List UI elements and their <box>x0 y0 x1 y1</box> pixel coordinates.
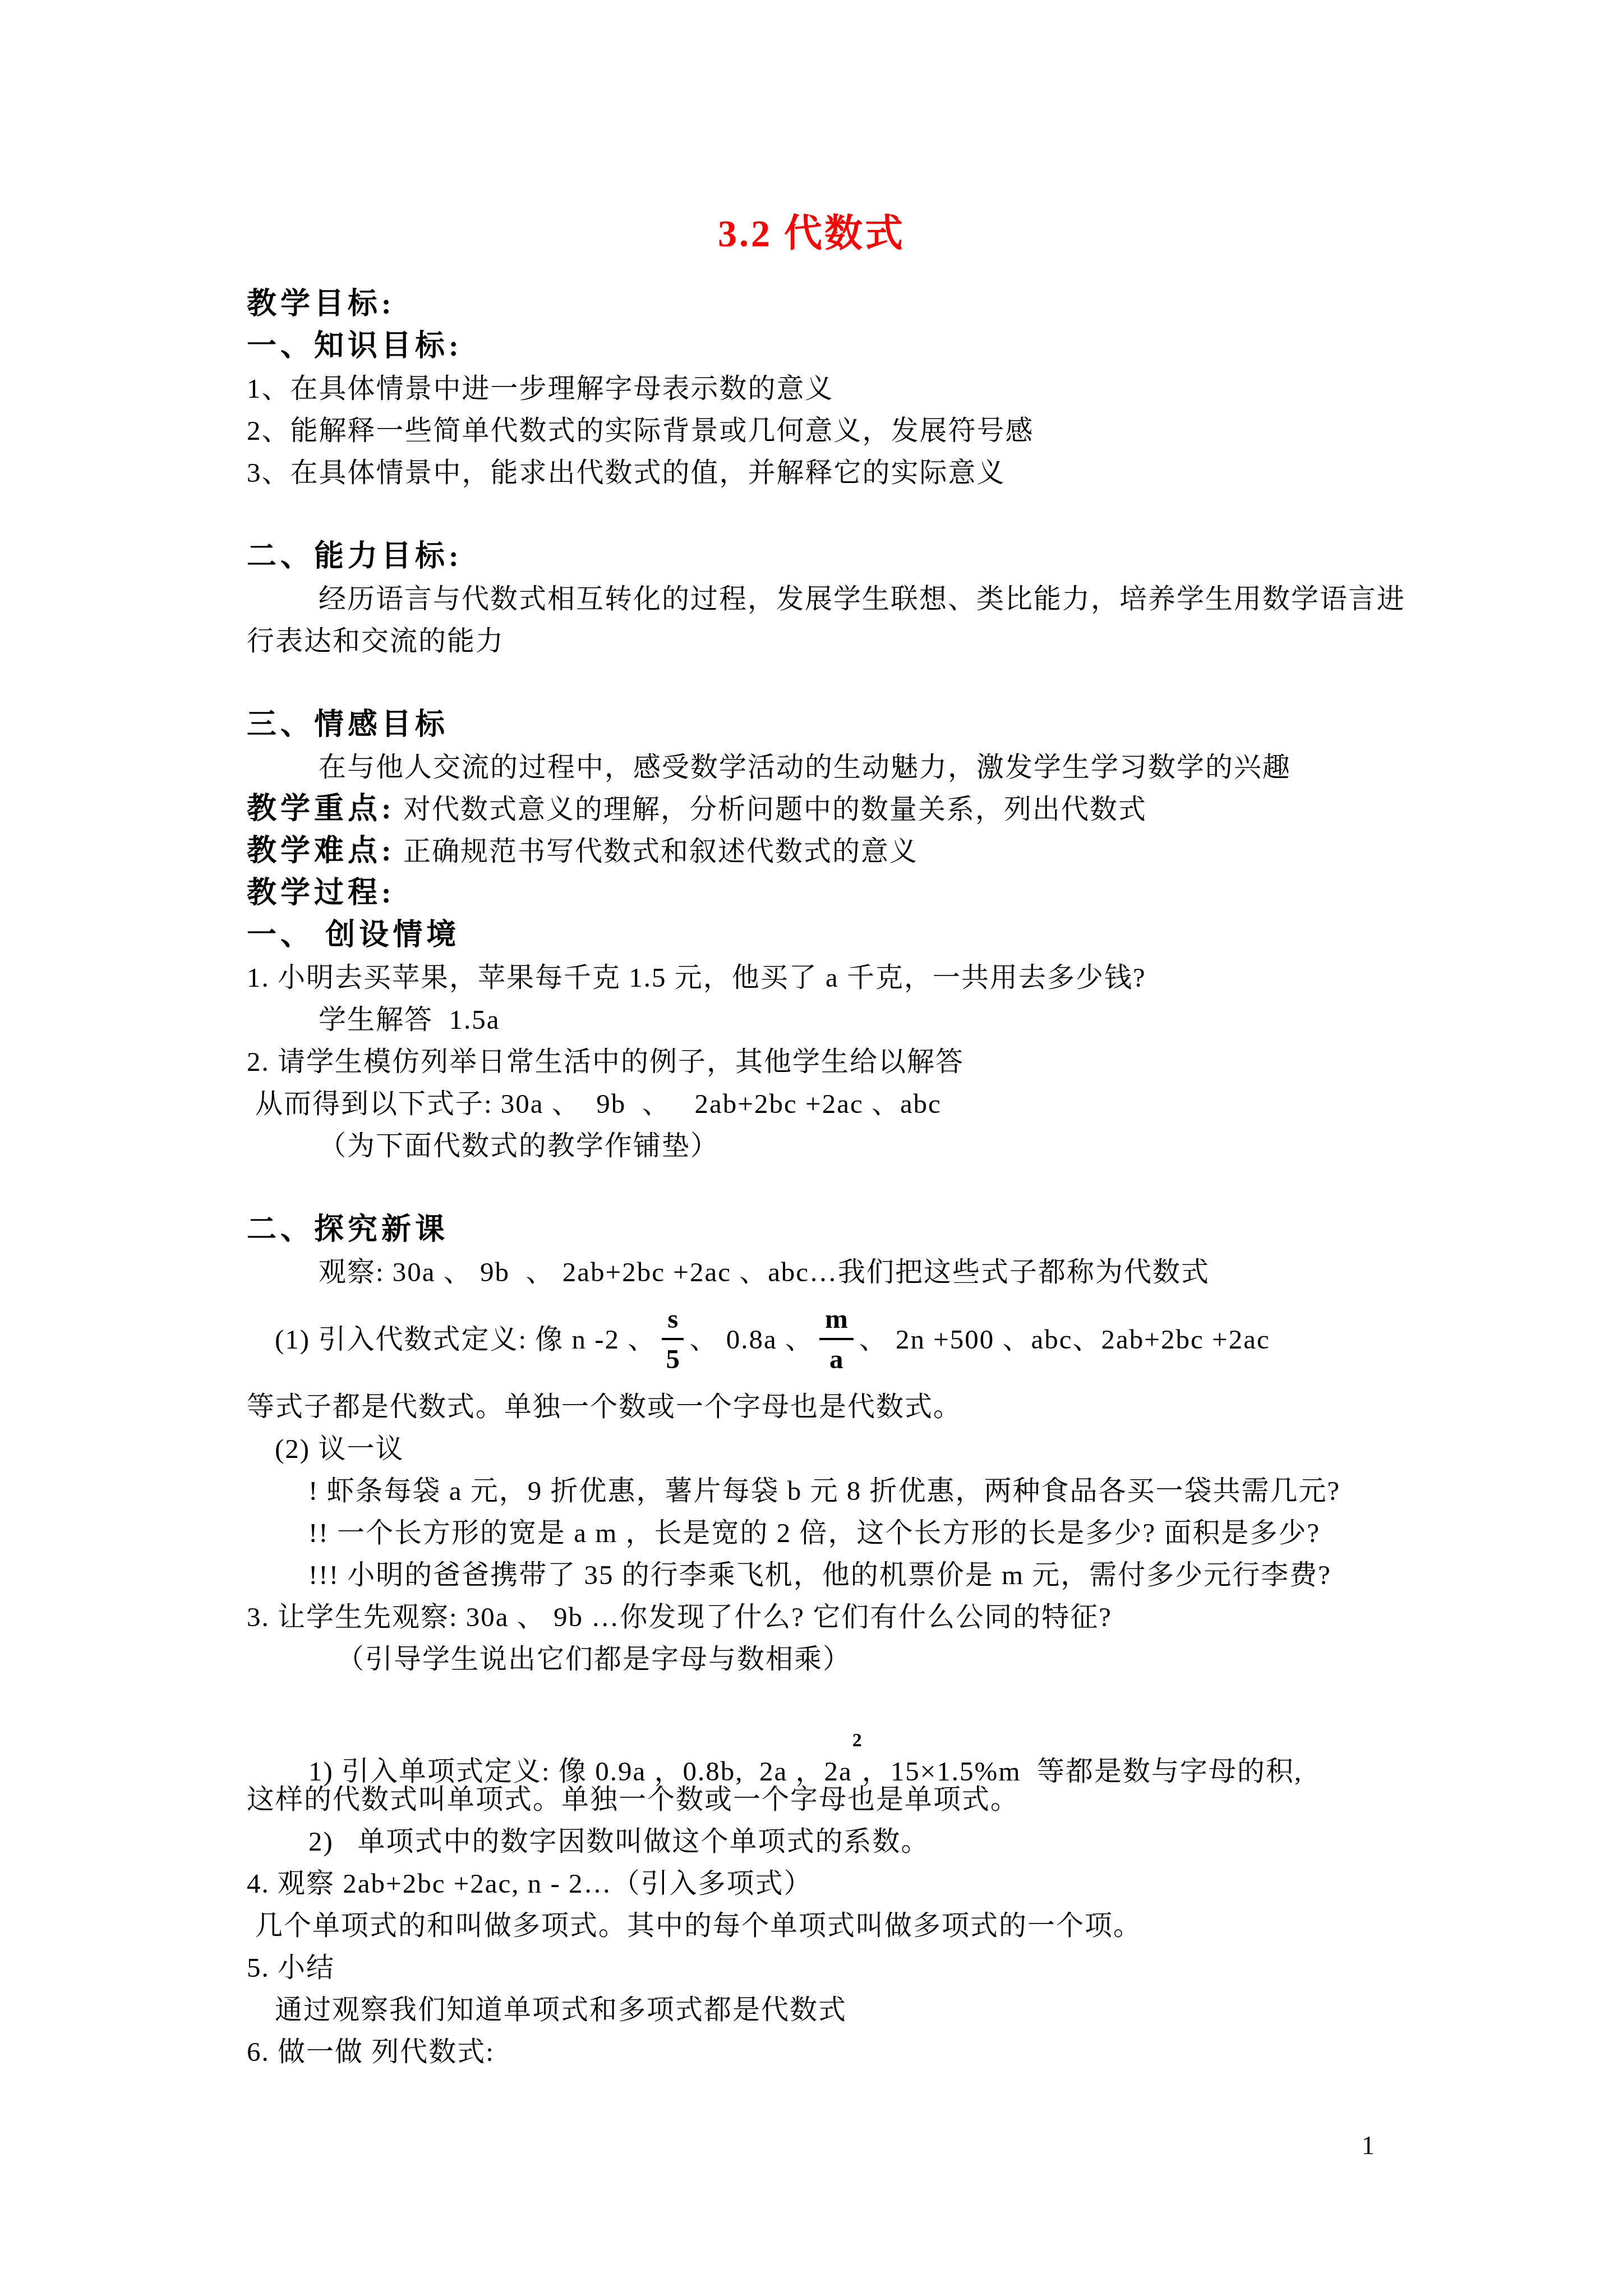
text-run: 4. 观察 2ab+2bc +2ac, n - 2…（引入多项式） <box>247 1868 813 1899</box>
text-run: 2) 单项式中的数字因数叫做这个单项式的系数。 <box>308 1826 930 1857</box>
page-number: 1 <box>1362 2131 1375 2160</box>
fraction-numerator: s <box>662 1304 684 1340</box>
text-run: 、 0.8a 、 <box>689 1324 814 1355</box>
text-run: 1、在具体情景中进一步理解字母表示数的意义 <box>247 373 834 404</box>
document-page: 3.2 代数式 教学目标:一、知识目标:1、在具体情景中进一步理解字母表示数的意… <box>0 0 1623 2296</box>
text-line: !! 一个长方形的宽是 a m ，长是宽的 2 倍，这个长方形的长是多少? 面积… <box>247 1512 1396 1554</box>
text-run: 对代数式意义的理解，分析问题中的数量关系，列出代数式 <box>395 794 1147 825</box>
text-line: ! 虾条每袋 a 元，9 折优惠，薯片每袋 b 元 8 折优惠，两种食品各买一袋… <box>247 1470 1396 1512</box>
text-run: 3、在具体情景中，能求出代数式的值，并解释它的实际意义 <box>247 457 1006 488</box>
fraction: s5 <box>662 1304 684 1373</box>
text-line: 3、在具体情景中，能求出代数式的值，并解释它的实际意义 <box>247 452 1396 494</box>
text-line: 5. 小结 <box>247 1947 1396 1989</box>
teaching-process-heading: 教学过程: <box>247 872 1396 914</box>
bold-text-run: 教学过程: <box>247 877 395 909</box>
text-run: 等式子都是代数式。单独一个数或一个字母也是代数式。 <box>247 1391 962 1422</box>
text-run: 几个单项式的和叫做多项式。其中的每个单项式叫做多项式的一个项。 <box>255 1910 1142 1941</box>
spacer <box>247 1680 1396 1703</box>
text-line: 从而得到以下式子: 30a 、 9b 、 2ab+2bc +2ac 、abc <box>247 1083 1396 1125</box>
bold-text-run: 教学难点: <box>247 835 395 867</box>
text-line: 通过观察我们知道单项式和多项式都是代数式 <box>247 1989 1396 2031</box>
text-run: ! 虾条每袋 a 元，9 折优惠，薯片每袋 b 元 8 折优惠，两种食品各买一袋… <box>308 1475 1340 1506</box>
text-line: (2) 议一议 <box>247 1428 1396 1470</box>
text-line: 经历语言与代数式相互转化的过程，发展学生联想、类比能力，培养学生用数学语言进 <box>247 578 1396 620</box>
text-run: 、 2n +500 、abc、2ab+2bc +2ac <box>859 1324 1270 1355</box>
text-run: 观察: 30a 、 9b 、 2ab+2bc +2ac 、abc…我们把这些式子… <box>319 1257 1210 1287</box>
text-run: 通过观察我们知道单项式和多项式都是代数式 <box>275 1994 847 2025</box>
text-run: 5. 小结 <box>247 1952 335 1983</box>
text-run: 1. 小明去买苹果，苹果每千克 1.5 元，他买了 a 千克，一共用去多少钱? <box>247 962 1146 993</box>
fraction-numerator: m <box>819 1304 854 1340</box>
bold-text-run: 教学目标: <box>247 288 395 320</box>
emotion-objectives-heading: 三、情感目标 <box>247 704 1396 746</box>
blank-line <box>247 1167 1396 1209</box>
text-run: (2) 议一议 <box>275 1433 404 1464</box>
text-run: !! 一个长方形的宽是 a m ，长是宽的 2 倍，这个长方形的长是多少? 面积… <box>308 1517 1320 1548</box>
knowledge-objectives-heading: 一、知识目标: <box>247 325 1396 367</box>
text-run: 在与他人交流的过程中，感受数学活动的生动魅力，激发学生学习数学的兴趣 <box>319 752 1291 783</box>
document-body: 教学目标:一、知识目标:1、在具体情景中进一步理解字母表示数的意义2、能解释一些… <box>247 283 1396 2073</box>
text-run: 2. 请学生模仿列举日常生活中的例子，其他学生给以解答 <box>247 1046 964 1077</box>
text-run: (1) 引入代数式定义: 像 n -2 、 <box>275 1324 656 1355</box>
text-line: 几个单项式的和叫做多项式。其中的每个单项式叫做多项式的一个项。 <box>247 1904 1396 1947</box>
monomial-definition-line: 1) 引入单项式定义: 像 0.9a ，0.8b, 2a ，2a2，15×1.5… <box>247 1703 1396 1778</box>
text-line: 学生解答 1.5a <box>247 999 1396 1041</box>
bold-text-run: 三、情感目标 <box>247 708 449 741</box>
text-line: !!! 小明的爸爸携带了 35 的行李乘飞机，他的机票价是 m 元，需付多少元行… <box>247 1554 1396 1596</box>
blank-line <box>247 494 1396 536</box>
text-line: 2. 请学生模仿列举日常生活中的例子，其他学生给以解答 <box>247 1041 1396 1083</box>
algebraic-expression-definition-line: (1) 引入代数式定义: 像 n -2 、s5、 0.8a 、ma、 2n +5… <box>247 1293 1396 1386</box>
text-run: !!! 小明的爸爸携带了 35 的行李乘飞机，他的机票价是 m 元，需付多少元行… <box>308 1559 1331 1590</box>
superscript-exponent: 2 <box>852 1730 862 1751</box>
text-line: 4. 观察 2ab+2bc +2ac, n - 2…（引入多项式） <box>247 1862 1396 1904</box>
ability-objectives-heading: 二、能力目标: <box>247 536 1396 578</box>
fraction: ma <box>819 1304 854 1373</box>
text-run: 6. 做一做 列代数式: <box>247 2036 495 2067</box>
text-run: 这样的代数式叫单项式。单独一个数或一个字母也是单项式。 <box>247 1784 1019 1815</box>
page-title: 3.2 代数式 <box>0 203 1623 257</box>
text-line: 1. 小明去买苹果，苹果每千克 1.5 元，他买了 a 千克，一共用去多少钱? <box>247 956 1396 999</box>
text-run: 2、能解释一些简单代数式的实际背景或几何意义，发展符号感 <box>247 415 1034 446</box>
new-lesson-heading: 二、探究新课 <box>247 1209 1396 1251</box>
text-line: 3. 让学生先观察: 30a 、 9b …你发现了什么? 它们有什么公同的特征? <box>247 1596 1396 1638</box>
blank-line <box>247 662 1396 704</box>
teaching-difficulty-line: 教学难点: 正确规范书写代数式和叙述代数式的意义 <box>247 830 1396 872</box>
fraction-denominator: a <box>819 1340 854 1373</box>
text-line: （为下面代数式的教学作铺垫） <box>247 1125 1396 1167</box>
text-line: 1、在具体情景中进一步理解字母表示数的意义 <box>247 367 1396 409</box>
text-run: 行表达和交流的能力 <box>247 625 504 656</box>
teaching-key-point-line: 教学重点: 对代数式意义的理解，分析问题中的数量关系，列出代数式 <box>247 788 1396 830</box>
text-line: （引导学生说出它们都是字母与数相乘） <box>247 1638 1396 1680</box>
bold-text-run: 教学重点: <box>247 793 395 825</box>
text-line: 2) 单项式中的数字因数叫做这个单项式的系数。 <box>247 1820 1396 1862</box>
text-run: 正确规范书写代数式和叙述代数式的意义 <box>395 836 918 867</box>
text-run: 从而得到以下式子: 30a 、 9b 、 2ab+2bc +2ac 、abc <box>255 1088 942 1119</box>
text-line: 在与他人交流的过程中，感受数学活动的生动魅力，激发学生学习数学的兴趣 <box>247 746 1396 788</box>
text-run: 经历语言与代数式相互转化的过程，发展学生联想、类比能力，培养学生用数学语言进 <box>319 583 1405 614</box>
text-line: 观察: 30a 、 9b 、 2ab+2bc +2ac 、abc…我们把这些式子… <box>247 1251 1396 1293</box>
text-line: 等式子都是代数式。单独一个数或一个字母也是代数式。 <box>247 1386 1396 1428</box>
fraction-denominator: 5 <box>662 1340 684 1373</box>
text-run: （为下面代数式的教学作铺垫） <box>319 1130 719 1161</box>
text-run: （引导学生说出它们都是字母与数相乘） <box>336 1644 851 1674</box>
situation-creation-heading: 一、 创设情境 <box>247 914 1396 956</box>
bold-text-run: 二、探究新课 <box>247 1213 449 1246</box>
text-run: 学生解答 1.5a <box>319 1004 500 1035</box>
bold-text-run: 二、能力目标: <box>247 540 463 573</box>
text-run: 3. 让学生先观察: 30a 、 9b …你发现了什么? 它们有什么公同的特征? <box>247 1602 1112 1632</box>
bold-text-run: 一、 创设情境 <box>247 919 460 951</box>
text-line: 2、能解释一些简单代数式的实际背景或几何意义，发展符号感 <box>247 409 1396 452</box>
text-line: 6. 做一做 列代数式: <box>247 2031 1396 2073</box>
bold-text-run: 一、知识目标: <box>247 330 463 362</box>
text-line: 行表达和交流的能力 <box>247 620 1396 662</box>
teaching-objectives-heading: 教学目标: <box>247 283 1396 325</box>
